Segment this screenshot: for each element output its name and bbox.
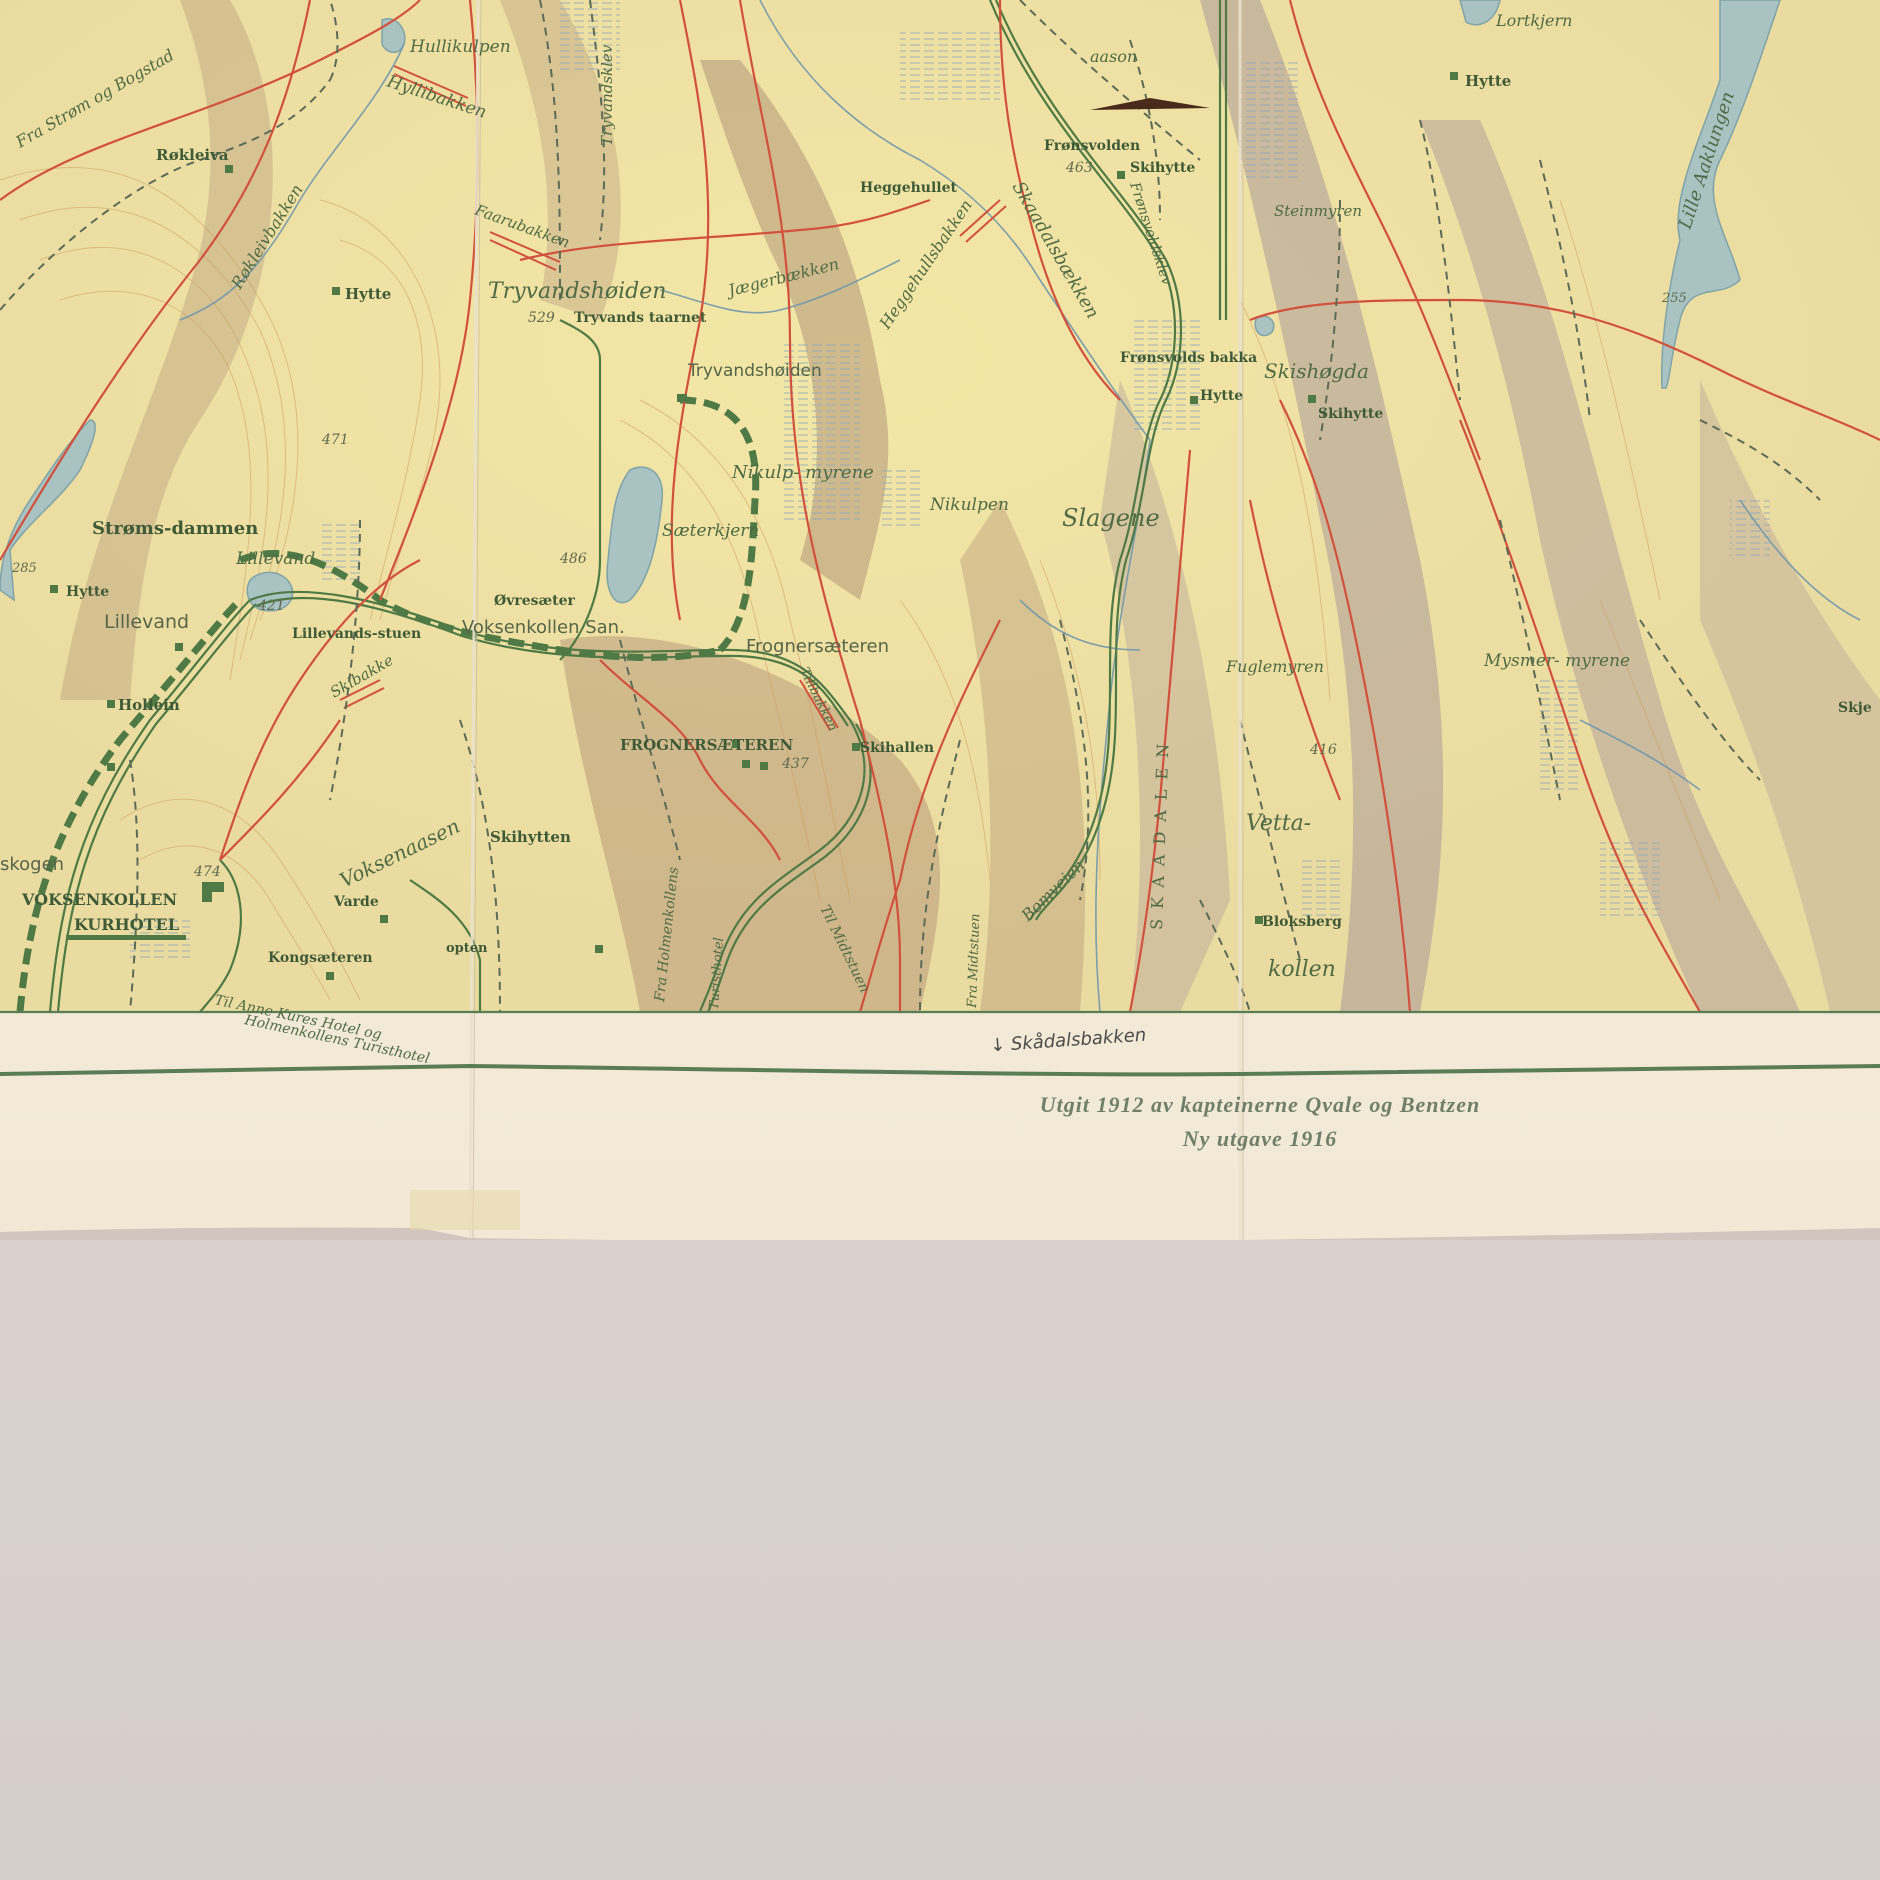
elevation-437: 437 (781, 756, 809, 772)
label-heggehullet: Heggehullet (860, 180, 958, 196)
label-stroms: Strøms-dammen (92, 518, 258, 539)
label-hullikulpen: Hullikulpen (409, 37, 511, 57)
label-vettakollen-a: Vetta- (1246, 811, 1311, 836)
label-hytte-fronsvold: Hytte (1200, 388, 1243, 404)
label-hytte-strom: Hytte (66, 584, 109, 600)
publisher-imprint: Utgit 1912 av kapteinerne Qvale og Bentz… (840, 1092, 1680, 1152)
label-fuglemyren: Fuglemyren (1225, 657, 1324, 676)
elevation-529: 529 (528, 310, 555, 326)
label-voksenkollen-san: Voksenkollen San. (462, 617, 625, 638)
label-steinmyren: Steinmyren (1274, 202, 1362, 220)
label-fronsvolden: Frønsvolden (1044, 138, 1140, 154)
label-hytte-top: Hytte (1465, 72, 1511, 90)
elevation-255-lake: 255 (1661, 291, 1687, 306)
label-hollein: Hollein (118, 696, 180, 714)
elevation-486: 486 (559, 551, 587, 567)
label-kongsaeteren: Kongsæteren (268, 950, 373, 966)
label-lillevandsstuen: Lillevands-stuen (292, 626, 421, 642)
label-skishogda: Skishøgda (1264, 359, 1369, 383)
label-skje: Skje (1838, 700, 1872, 716)
label-skogen: skogen (0, 854, 64, 875)
label-frognersaeteren-small: Frognersæteren (746, 636, 889, 657)
label-lillevand-a: Lillevand (235, 549, 315, 569)
label-kurhotel: KURHOTEL (74, 915, 179, 934)
label-nikulp-myrene: Nikulp- myrene (731, 462, 874, 483)
label-varde: Varde (333, 894, 379, 910)
elevation-416: 416 (1309, 742, 1337, 758)
label-skihytte-2: Skihytte (1318, 406, 1383, 422)
hotel-underline (66, 935, 186, 940)
label-ovresaeter: Øvresæter (494, 593, 576, 609)
elevation-285: 285 (11, 561, 37, 576)
label-lillevand-b: Lillevand (104, 611, 189, 633)
label-hytte-1: Hytte (345, 285, 391, 303)
label-mysmer: Mysmer- myrene (1483, 651, 1630, 671)
label-saeterkjern: Sæterkjern (662, 521, 759, 541)
elevation-463: 463 (1065, 160, 1093, 176)
map-drawing: Fra Strøm og Bogstad Røkleiva Røkleivbak… (0, 0, 1880, 1240)
label-tryvandshoiden-script: Tryvandshøiden (488, 279, 666, 304)
label-slagene: Slagene (1062, 504, 1160, 532)
elevation-474: 474 (193, 864, 221, 880)
imprint-line-2: Ny utgave 1916 (840, 1126, 1680, 1152)
label-aason: aason (1090, 47, 1137, 66)
label-lortkjern: Lortkjern (1495, 11, 1572, 30)
label-opten: opten (446, 941, 488, 956)
label-tryvandshoiden: Tryvandshøiden (687, 361, 822, 381)
label-tryvandsklev: Tryvandsklev (598, 44, 616, 146)
label-vettakollen-b: kollen (1268, 957, 1336, 982)
label-tryvandstaarnet: Tryvands taarnet (574, 310, 707, 326)
pond-skishogda (1255, 316, 1274, 335)
label-nikulpen: Nikulpen (929, 495, 1009, 515)
label-frognersaeteren: FROGNERSÆTEREN (620, 736, 793, 754)
elevation-471: 471 (321, 432, 349, 448)
label-rokleiva: Røkleiva (156, 146, 229, 164)
map-sheet: Fra Strøm og Bogstad Røkleiva Røkleivbak… (0, 0, 1880, 1240)
label-skihytte-1: Skihytte (1130, 160, 1195, 176)
label-voksenkollen: VOKSENKOLLEN (21, 890, 177, 909)
label-skihallen: Skihallen (860, 740, 934, 756)
label-bloksberg: Bloksberg (1262, 914, 1342, 930)
label-skihytten: Skihytten (490, 828, 571, 846)
elevation-421: 421 (257, 598, 285, 614)
imprint-line-1: Utgit 1912 av kapteinerne Qvale og Bentz… (840, 1092, 1680, 1118)
label-fronsvolds-bakka: Frønsvolds bakka (1120, 350, 1257, 366)
